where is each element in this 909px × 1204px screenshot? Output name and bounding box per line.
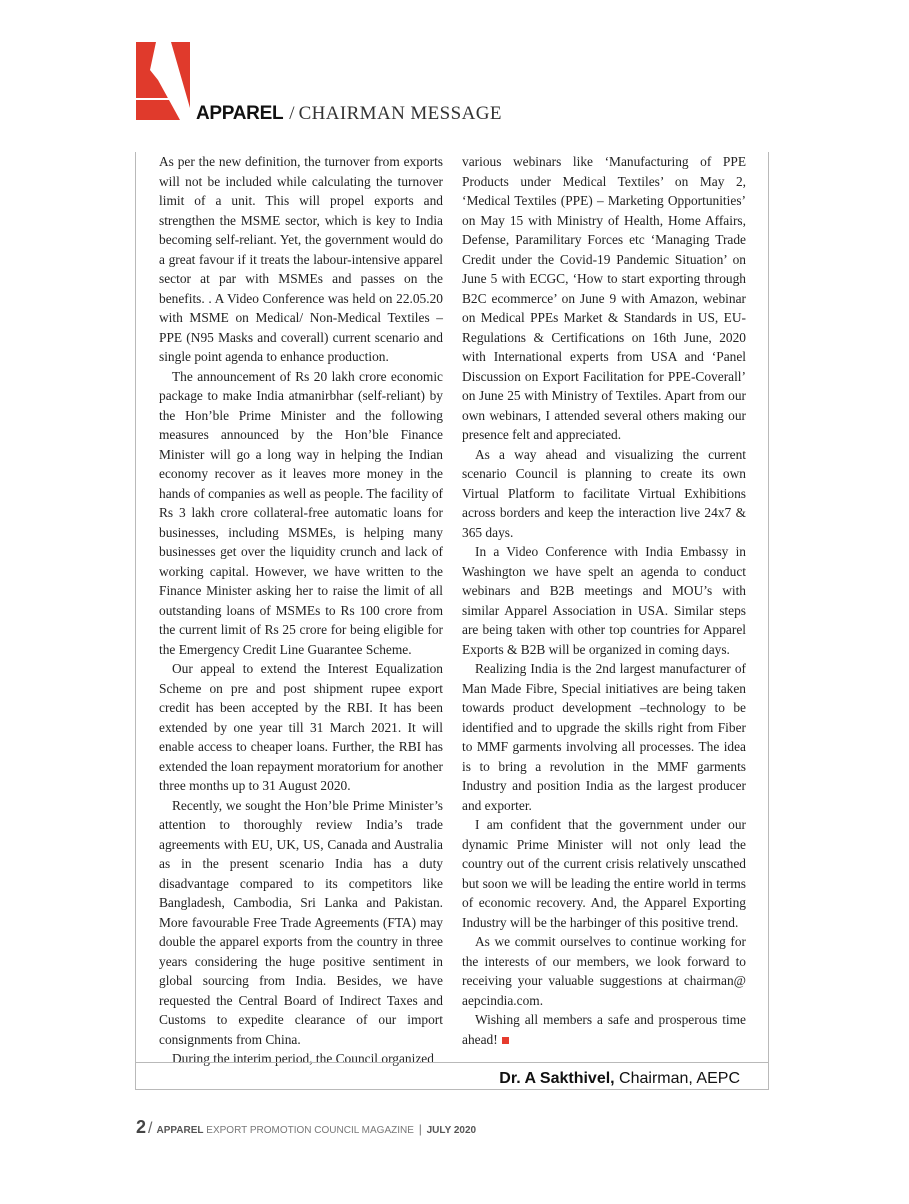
header-separator: /	[289, 103, 294, 124]
paragraph: As we commit ourselves to continue worki…	[462, 932, 746, 1010]
paragraph: various webinars like ‘Manufacturing of …	[462, 152, 746, 445]
paragraph: The announcement of Rs 20 lakh crore eco…	[159, 367, 443, 660]
article-frame: As per the new definition, the turnover …	[135, 152, 769, 1090]
section-title: CHAIRMAN MESSAGE	[299, 103, 502, 124]
signature-divider	[136, 1062, 768, 1063]
publication-name: EXPORT PROMOTION COUNCIL MAGAZINE	[204, 1125, 417, 1136]
paragraph: As per the new definition, the turnover …	[159, 152, 443, 367]
apparel-a-logo-icon	[136, 42, 190, 120]
publication-brand: APPAREL	[156, 1125, 203, 1136]
end-mark-icon	[502, 1037, 509, 1044]
closing-paragraph: Wishing all members a safe and prosperou…	[462, 1010, 746, 1049]
footer-slash: /	[148, 1120, 152, 1137]
article-column-left: As per the new definition, the turnover …	[159, 152, 443, 1069]
paragraph: Realizing India is the 2nd largest manuf…	[462, 659, 746, 815]
signature-line: Dr. A Sakthivel, Chairman, AEPC	[499, 1068, 740, 1090]
magazine-brand: APPAREL	[196, 103, 283, 124]
paragraph: Recently, we sought the Hon’ble Prime Mi…	[159, 796, 443, 1050]
paragraph: As a way ahead and visualizing the curre…	[462, 445, 746, 543]
signatory-name: Dr. A Sakthivel,	[499, 1070, 614, 1087]
page-footer: 2/APPAREL EXPORT PROMOTION COUNCIL MAGAZ…	[136, 1117, 476, 1138]
paragraph: During the interim period, the Council o…	[159, 1049, 443, 1069]
paragraph: I am confident that the government under…	[462, 815, 746, 932]
paragraph: Our appeal to extend the Interest Equali…	[159, 659, 443, 796]
footer-divider: |	[419, 1122, 422, 1136]
issue-date: JULY 2020	[424, 1125, 476, 1136]
page-number: 2	[136, 1117, 146, 1137]
section-header: APPAREL/CHAIRMAN MESSAGE	[196, 101, 502, 126]
article-column-right: various webinars like ‘Manufacturing of …	[462, 152, 746, 1049]
signatory-title: Chairman, AEPC	[615, 1070, 740, 1087]
paragraph: In a Video Conference with India Embassy…	[462, 542, 746, 659]
